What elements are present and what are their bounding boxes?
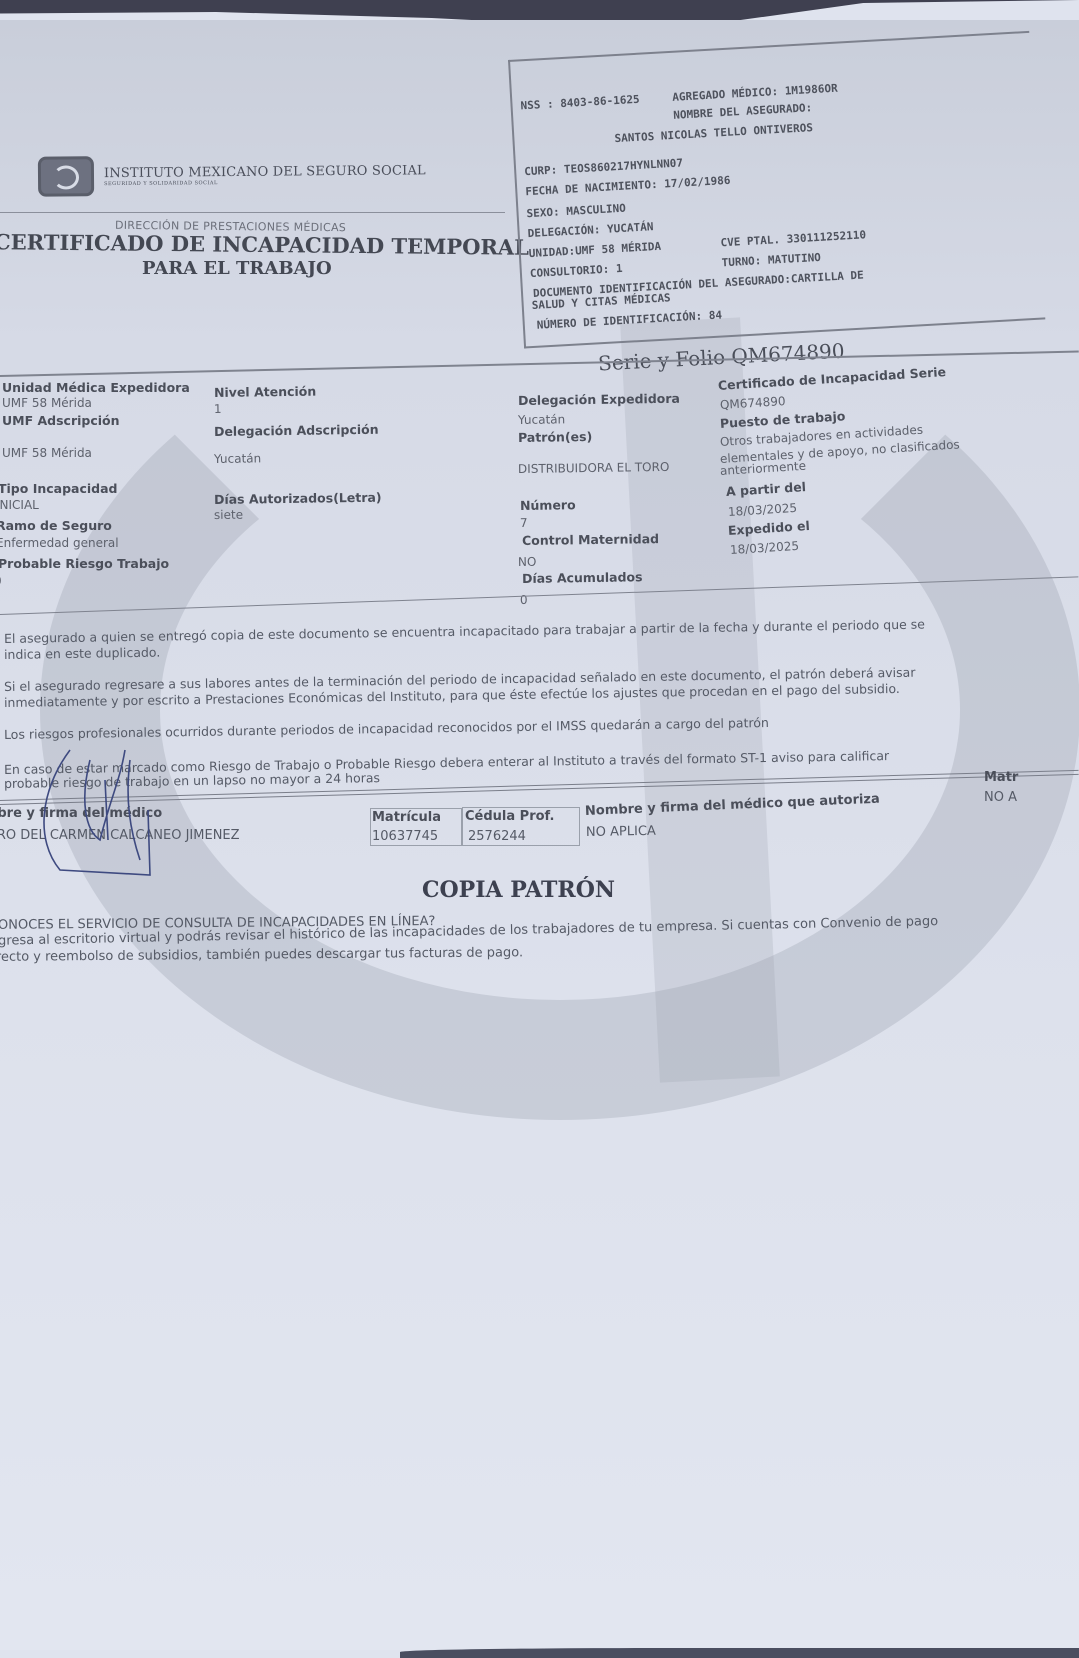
- divider: [0, 212, 505, 213]
- control-maternidad-value: NO: [518, 555, 537, 569]
- certificate-subtitle: PARA EL TRABAJO: [142, 258, 332, 279]
- patron-label: Patrón(es): [518, 429, 592, 445]
- dias-acumulados-label: Días Acumulados: [522, 569, 643, 586]
- certificate-title: CERTIFICADO DE INCAPACIDAD TEMPORAL: [0, 229, 529, 260]
- delegacion-expedidora-value: Yucatán: [518, 412, 565, 427]
- dias-autorizados-label: Días Autorizados(Letra): [214, 490, 382, 507]
- institution-name: INSTITUTO MEXICANO DEL SEGURO SOCIAL: [104, 163, 426, 181]
- delegacion-adscripcion-label: Delegación Adscripción: [214, 422, 379, 439]
- imss-logo-icon: [38, 156, 94, 196]
- numero-value: 7: [520, 516, 528, 530]
- postal-code: CVE PTAL. 330111252110: [720, 228, 866, 249]
- unit: UNIDAD:UMF 58 MÉRIDA: [528, 240, 661, 260]
- doctor-cedula: 2576244: [468, 829, 526, 844]
- dias-autorizados-value: siete: [214, 508, 243, 522]
- office: CONSULTORIO: 1: [530, 262, 623, 280]
- notice-4: En caso de estar marcado como Riesgo de …: [4, 749, 889, 777]
- umf-adscripcion-value: UMF 58 Mérida: [2, 446, 92, 460]
- institution-header: INSTITUTO MEXICANO DEL SEGURO SOCIAL SEG…: [38, 153, 426, 196]
- expedido-label: Expedido el: [728, 518, 811, 538]
- consulta-text-cont: directo y reembolso de subsidios, tambié…: [0, 945, 523, 965]
- sex: SEXO: MASCULINO: [526, 202, 626, 221]
- birth-date: FECHA DE NACIMIENTO: 17/02/1986: [525, 174, 731, 198]
- insured-info-box: NSS : 8403-86-1625 AGREGADO MÉDICO: 1M19…: [508, 31, 1045, 349]
- control-maternidad-label: Control Maternidad: [522, 531, 659, 548]
- numero-label: Número: [520, 497, 576, 513]
- id-number: NÚMERO DE IDENTIFICACIÓN: 84: [536, 308, 722, 331]
- tipo-incapacidad-value: INICIAL: [0, 498, 39, 512]
- nivel-atencion-label: Nivel Atención: [214, 384, 316, 400]
- agregado-medico: AGREGADO MÉDICO: 1M1986OR: [672, 82, 838, 104]
- expedido-value: 18/03/2025: [730, 539, 800, 557]
- insured-name-label: NOMBRE DEL ASEGURADO:: [673, 101, 813, 122]
- umf-adscripcion-label: UMF Adscripción: [2, 413, 120, 428]
- table-header-authorizing-doctor: Nombre y firma del médico que autoriza: [585, 792, 880, 819]
- certificado-serie-value: QM674890: [720, 394, 786, 412]
- doctor-matricula: 10637745: [372, 829, 438, 844]
- curp: CURP: TEOS860217HYNLNN07: [524, 156, 683, 178]
- a-partir-value: 18/03/2025: [728, 501, 798, 519]
- ramo-seguro-value: Enfermedad general: [0, 536, 119, 550]
- ramo-seguro-label: Ramo de Seguro: [0, 518, 112, 533]
- delegacion-expedidora-label: Delegación Expedidora: [518, 391, 680, 408]
- notice-3: Los riesgos profesionales ocurridos dura…: [4, 716, 769, 742]
- delegacion-adscripcion-value: Yucatán: [214, 451, 261, 466]
- certificado-serie-label: Certificado de Incapacidad Serie: [718, 364, 947, 393]
- table-header-matricula-2: Matr: [984, 770, 1018, 785]
- doctor-name: SOCORRO DEL CARMEN CALCANEO JIMENEZ: [0, 828, 240, 843]
- unidad-medica-value: UMF 58 Mérida: [2, 396, 92, 410]
- notice-1-cont: indica en este duplicado.: [4, 646, 160, 662]
- unidad-medica-label: Unidad Médica Expedidora: [2, 380, 190, 395]
- table-header-doctor: Nombre y firma del médico: [0, 806, 162, 821]
- tipo-incapacidad-label: Tipo Incapacidad: [0, 481, 118, 496]
- copia-patron-title: COPIA PATRÓN: [422, 877, 615, 903]
- authorizing-doctor: NO APLICA: [586, 824, 656, 840]
- insured-name: SANTOS NICOLAS TELLO ONTIVEROS: [614, 121, 813, 145]
- certificate: INSTITUTO MEXICANO DEL SEGURO SOCIAL SEG…: [0, 0, 1079, 1658]
- patron-value: DISTRIBUIDORA EL TORO: [518, 460, 670, 476]
- a-partir-label: A partir del: [726, 479, 807, 499]
- authorizing-matricula: NO A: [984, 790, 1017, 805]
- probable-riesgo-value: 0: [0, 574, 2, 588]
- notice-1: El asegurado a quien se entregó copia de…: [4, 618, 925, 646]
- probable-riesgo-label: Probable Riesgo Trabajo: [0, 556, 169, 571]
- shift: TURNO: MATUTINO: [721, 251, 821, 270]
- table-header-cedula: Cédula Prof.: [465, 809, 554, 824]
- nss: NSS : 8403-86-1625: [520, 93, 640, 113]
- nivel-atencion-value: 1: [214, 402, 222, 416]
- table-header-matricula: Matrícula: [372, 810, 441, 825]
- delegation: DELEGACIÓN: YUCATÁN: [527, 220, 653, 240]
